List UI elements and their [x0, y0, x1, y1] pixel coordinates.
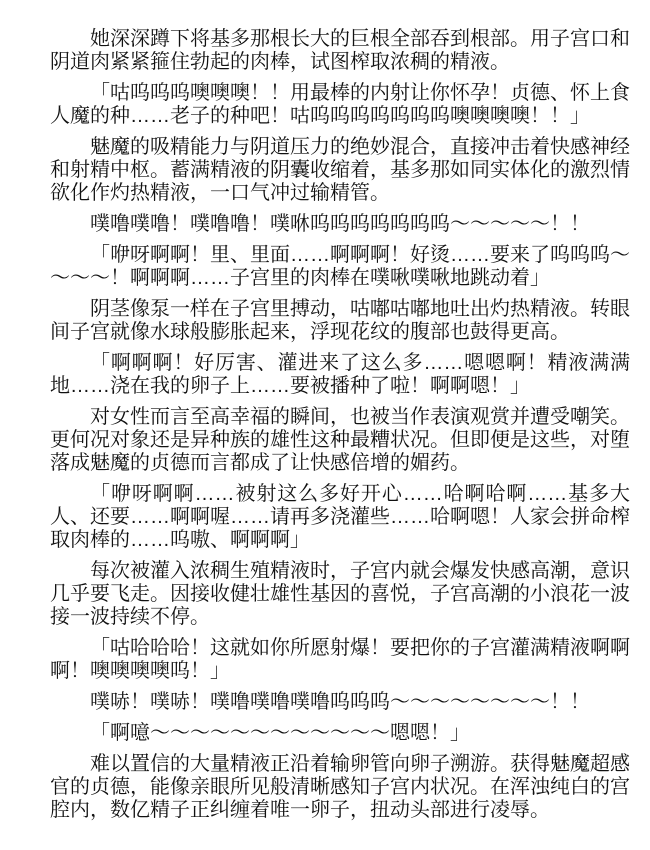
text-column: 她深深蹲下将基多那根长大的巨根全部吞到根部。用子宫口和阴道肉紧紧箍住勃起的肉棒，…: [50, 28, 630, 822]
paragraph-dialogue-5: 「咕哈哈哈！这就如你所愿射爆！要把你的子宫灌满精液啊啊啊！噢噢噢噢呜！」: [50, 637, 630, 683]
paragraph-narration-6: 难以置信的大量精液正沿着输卵管向卵子溯游。获得魅魔超感官的贞德，能像亲眼所见般清…: [50, 753, 630, 822]
paragraph-dialogue-6: 「啊噫～～～～～～～～～～～～嗯嗯！」: [50, 722, 630, 745]
paragraph-dialogue-1: 「咕呜呜呜噢噢噢！！用最棒的内射让你怀孕！贞德、怀上食人魔的种……老子的种吧！咕…: [50, 82, 630, 128]
paragraph-narration-4: 对女性而言至高幸福的瞬间，也被当作表演观赏并遭受嘲笑。更何况对象还是异种族的雄性…: [50, 406, 630, 475]
novel-page: 她深深蹲下将基多那根长大的巨根全部吞到根部。用子宫口和阴道肉紧紧箍住勃起的肉棒，…: [0, 0, 650, 850]
paragraph-dialogue-2: 「咿呀啊啊！里、里面……啊啊啊！好烫……要来了呜呜呜～～～～！啊啊啊……子宫里的…: [50, 244, 630, 290]
paragraph-dialogue-3: 「啊啊啊！好厉害、灌进来了这么多……嗯嗯啊！精液满满地……浇在我的卵子上……要被…: [50, 352, 630, 398]
paragraph-narration-1: 她深深蹲下将基多那根长大的巨根全部吞到根部。用子宫口和阴道肉紧紧箍住勃起的肉棒，…: [50, 28, 630, 74]
paragraph-narration-5: 每次被灌入浓稠生殖精液时，子宫内就会爆发快感高潮，意识几乎要飞走。因接收健壮雄性…: [50, 560, 630, 629]
paragraph-dialogue-4: 「咿呀啊啊……被射这么多好开心……哈啊哈啊……基多大人、还要……啊啊喔……请再多…: [50, 483, 630, 552]
paragraph-sfx-2: 噗哧！噗哧！噗噜噗噜噗噜呜呜呜～～～～～～～～！！: [50, 691, 630, 714]
paragraph-narration-3: 阴茎像泵一样在子宫里搏动，咕嘟咕嘟地吐出灼热精液。转眼间子宫就像水球般膨胀起来，…: [50, 298, 630, 344]
paragraph-sfx-1: 噗噜噗噜！噗噜噜！噗咻呜呜呜呜呜呜呜～～～～～！！: [50, 213, 630, 236]
paragraph-narration-2: 魅魔的吸精能力与阴道压力的绝妙混合，直接冲击着快感神经和射精中枢。蓄满精液的阴囊…: [50, 136, 630, 205]
